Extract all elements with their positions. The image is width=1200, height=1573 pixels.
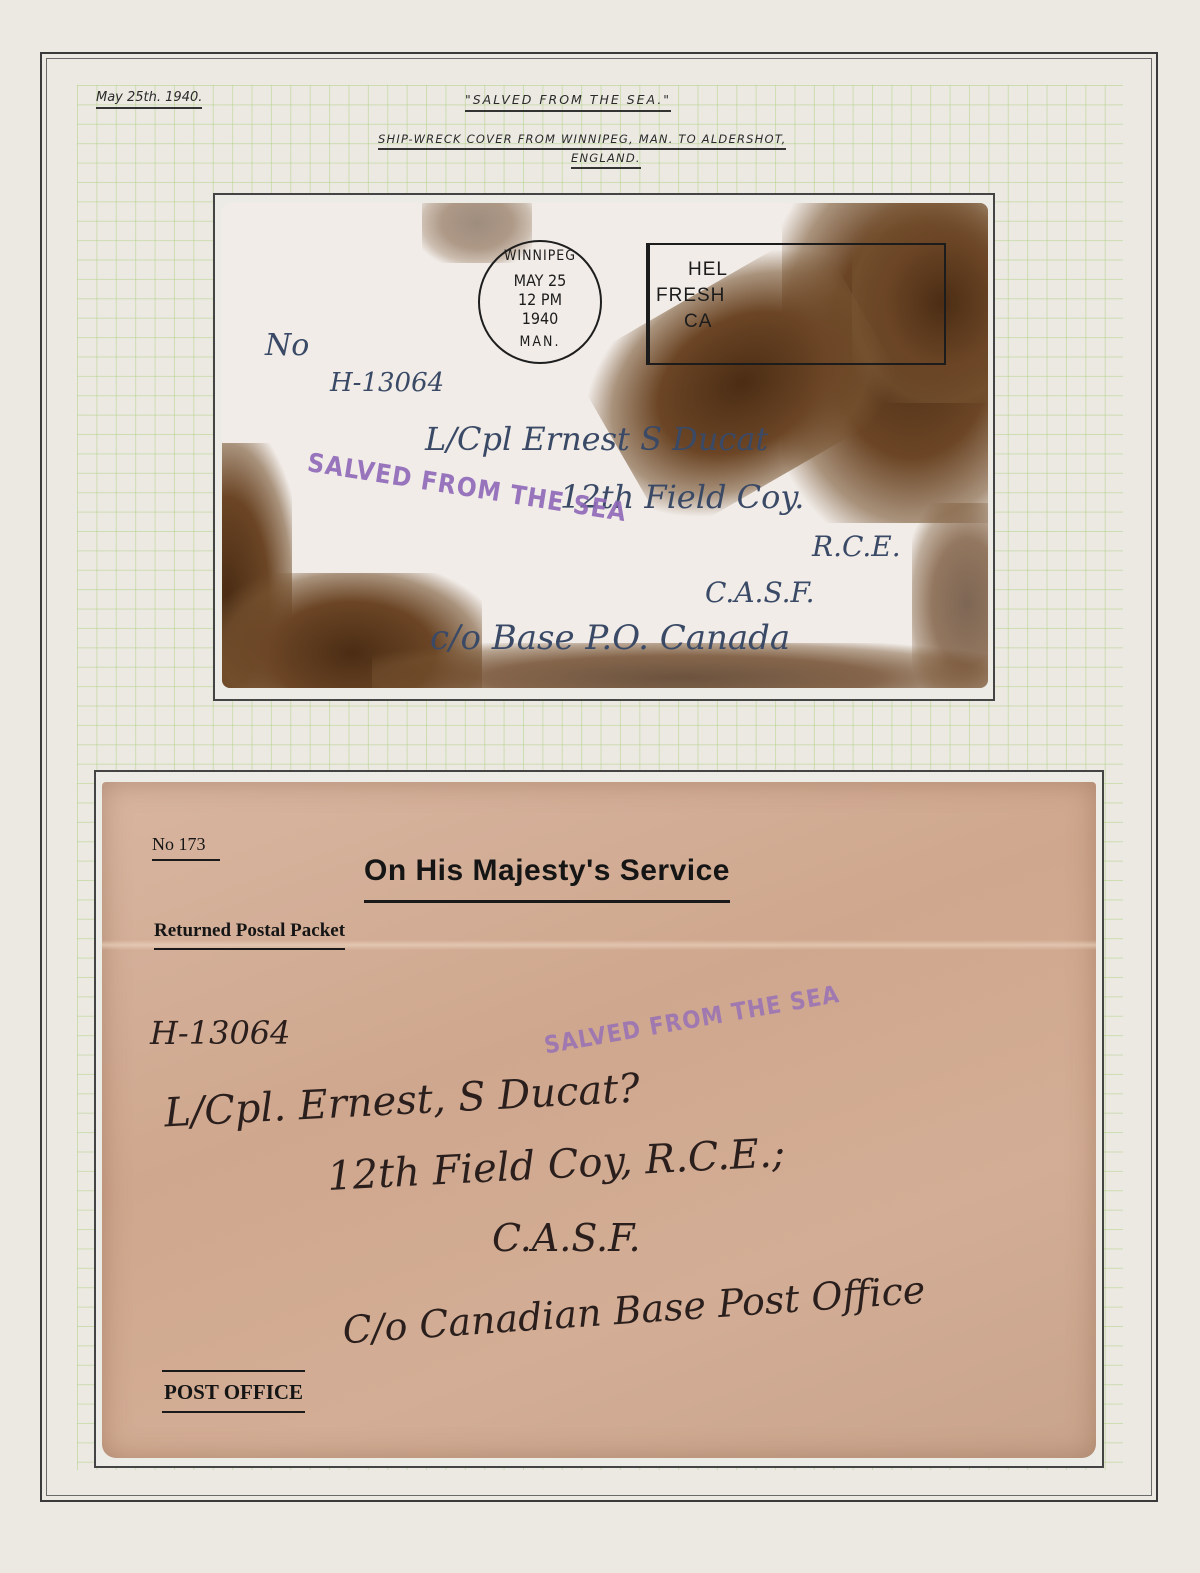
water-stain (912, 503, 988, 688)
postmark-date: MAY 25 (480, 272, 600, 289)
cover2-address-line4: C/o Canadian Base Post Office (341, 1268, 926, 1353)
cover1-address-line3: R.C.E. (812, 530, 901, 563)
post-office-label: POST OFFICE (162, 1370, 305, 1413)
postmark-year: 1940 (480, 310, 600, 327)
cover2-envelope: No 173 On His Majesty's Service Returned… (102, 782, 1096, 1458)
cover1-address-line1: L/Cpl Ernest S Ducat (425, 420, 768, 458)
cover1-address-line4: C.A.S.F. (705, 576, 815, 609)
caption-subtitle-line2: ENGLAND. (571, 151, 641, 169)
winnipeg-postmark: WINNIPEG MAY 25 12 PM 1940 MAN. (478, 240, 602, 364)
cover2-address-line2: 12th Field Coy, R.C.E.; (326, 1130, 786, 1200)
slogan-line: FRESH (656, 285, 725, 307)
caption-title: "SALVED FROM THE SEA." (465, 92, 671, 112)
cover1-service-number: H-13064 (330, 368, 444, 398)
caption-date: May 25th. 1940. (96, 90, 202, 109)
slogan-line: HEL (688, 259, 728, 281)
slogan-line: CA (684, 311, 712, 333)
postmark-province: MAN. (480, 334, 600, 351)
caption-subtitle-line1: SHIP-WRECK COVER FROM WINNIPEG, MAN. TO … (378, 132, 786, 150)
ohms-heading: On His Majesty's Service (364, 854, 730, 903)
postmark-time: 12 PM (480, 291, 600, 308)
postmark-city: WINNIPEG (480, 248, 600, 265)
cover2-salved-handstamp: SALVED FROM THE SEA (542, 980, 842, 1060)
cover2-service-number: H-13064 (150, 1014, 291, 1052)
cover2-address-line1: L/Cpl. Ernest, S Ducat? (163, 1066, 641, 1137)
returned-postal-packet-label: Returned Postal Packet (154, 920, 345, 950)
cover1-number-prefix: No (265, 328, 309, 363)
form-number: No 173 (152, 834, 220, 861)
cover2-address-line3: C.A.S.F. (492, 1216, 641, 1260)
slogan-cancel: HEL FRESH CA (646, 243, 946, 365)
cover1-address-line5: c/o Base P.O. Canada (430, 618, 790, 658)
